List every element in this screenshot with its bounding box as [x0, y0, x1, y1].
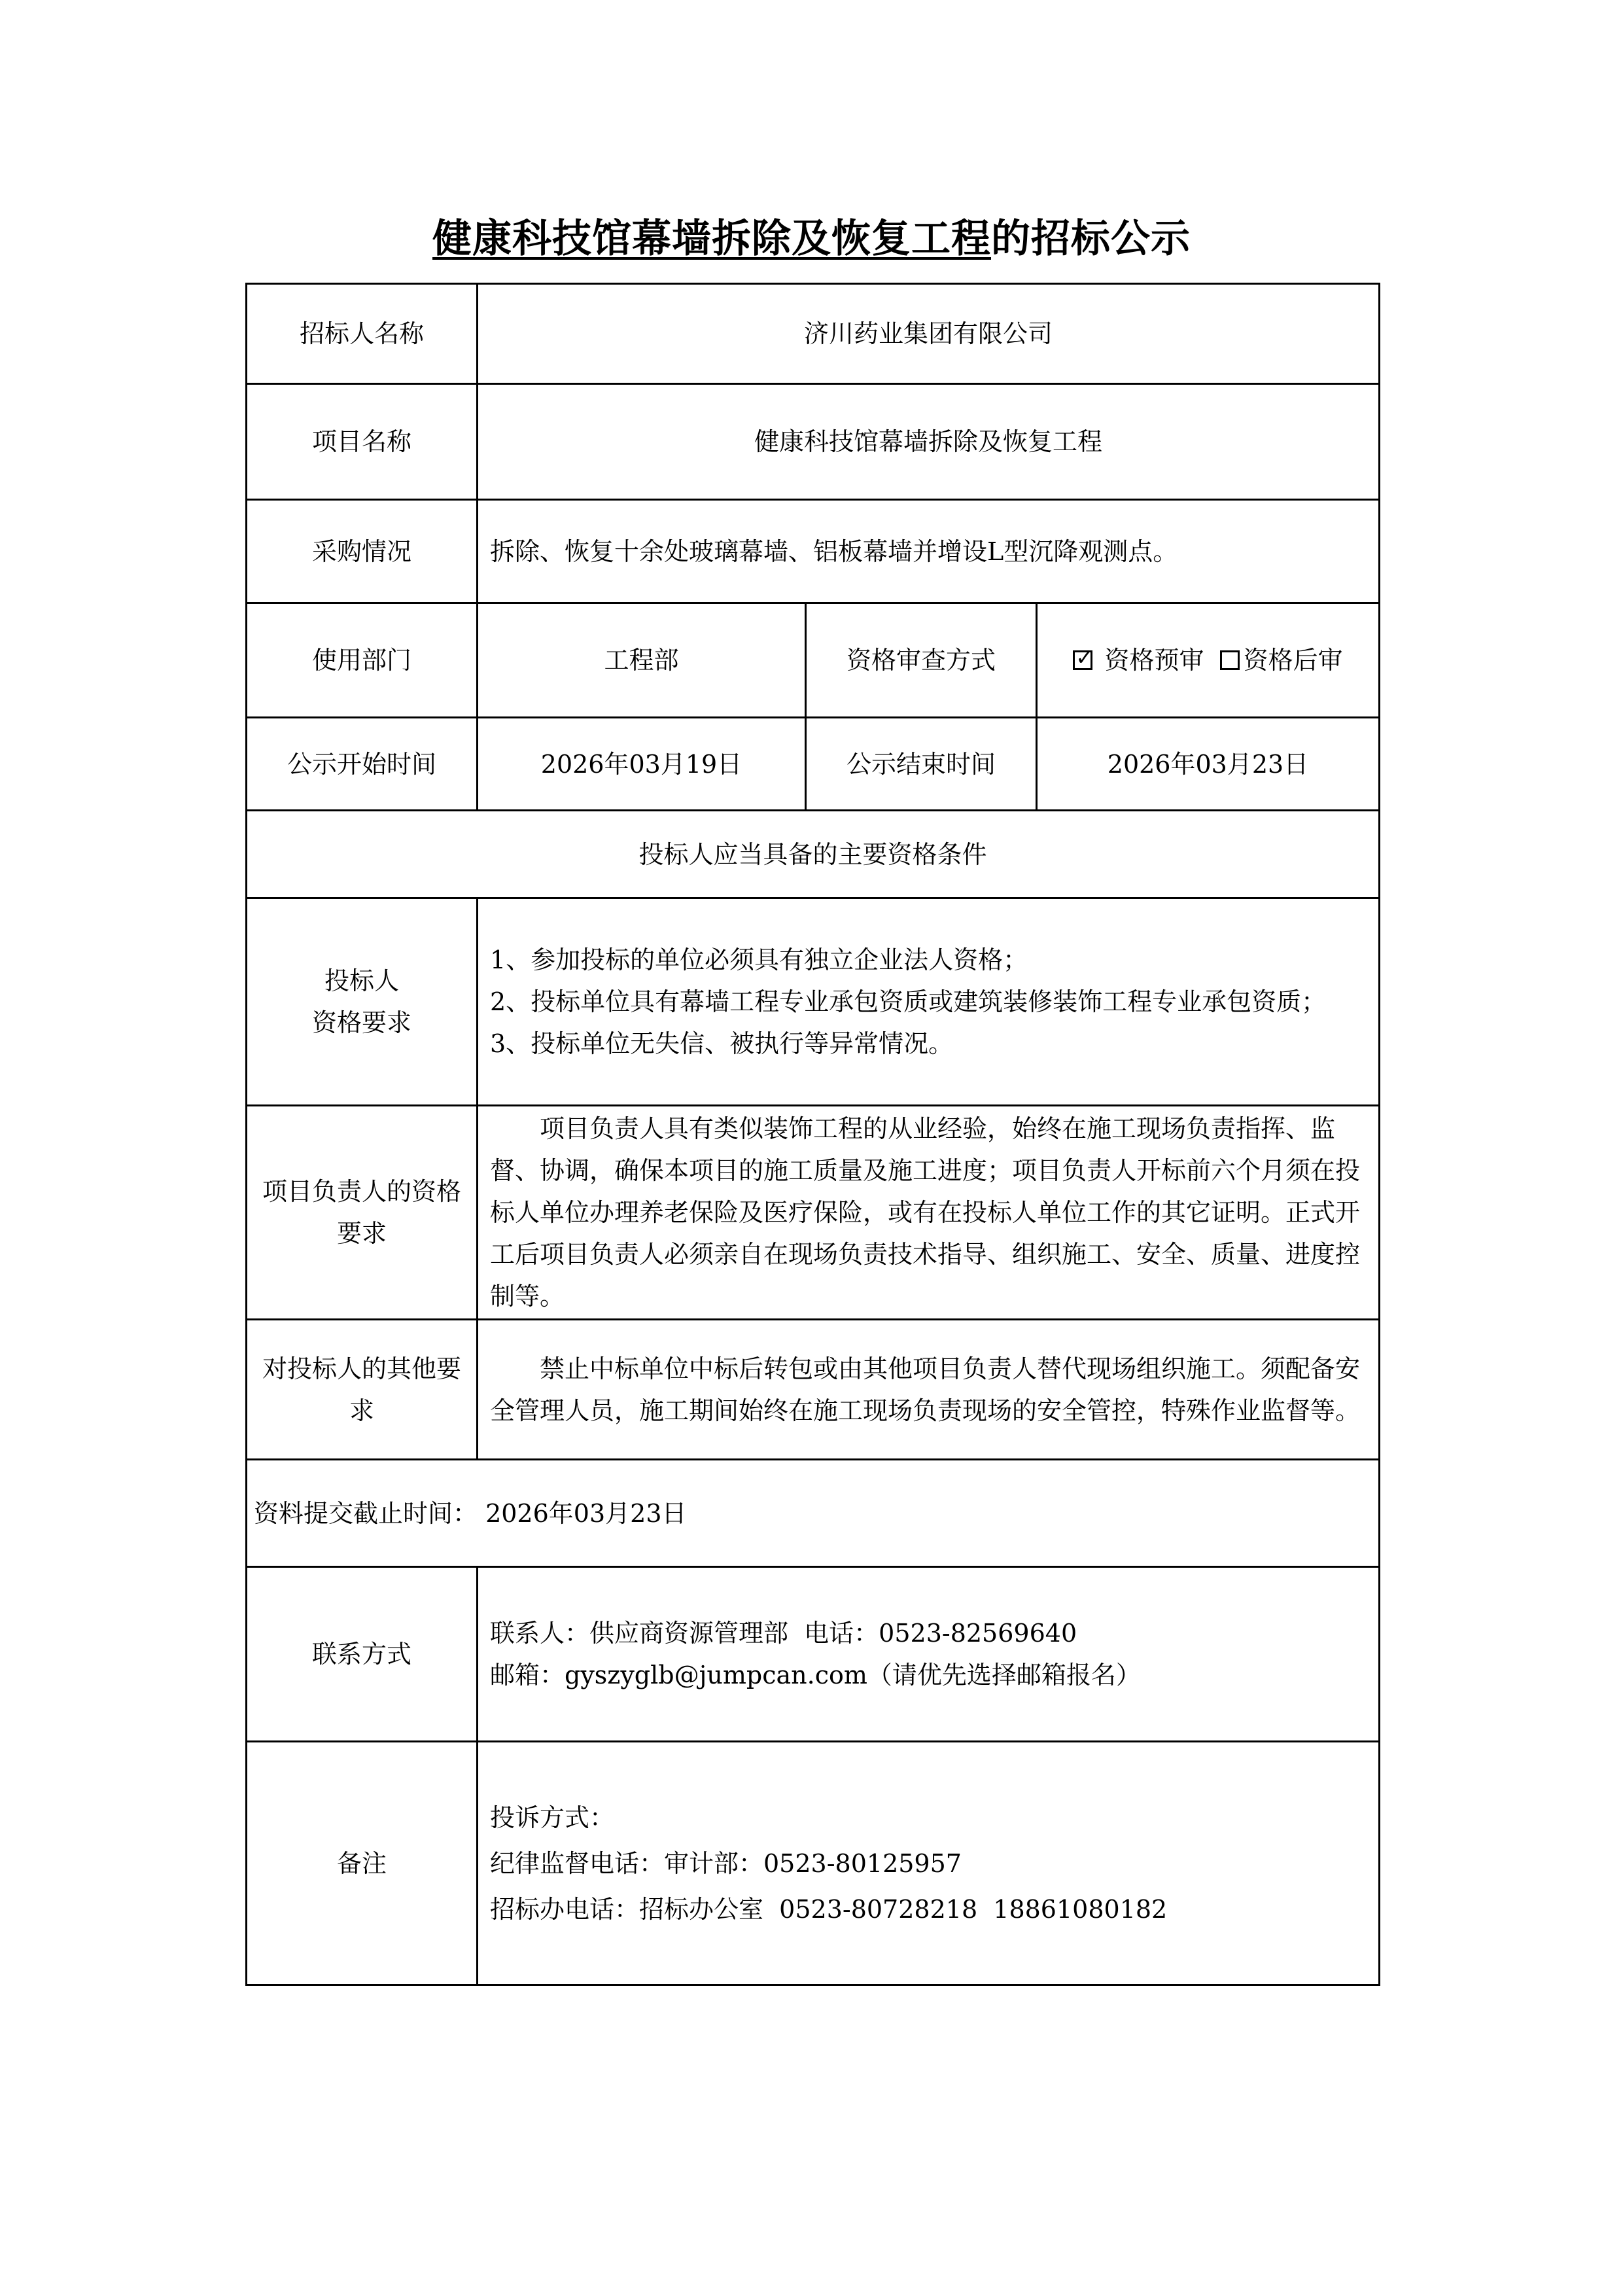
- row-department: 使用部门 工程部 资格审查方式 资格预审 资格后审: [247, 603, 1380, 718]
- contact-label: 联系方式: [247, 1567, 478, 1742]
- checkbox-checked-icon[interactable]: [1073, 650, 1092, 670]
- row-deadline: 资料提交截止时间： 2026年03月23日: [247, 1460, 1380, 1567]
- submission-deadline: 资料提交截止时间： 2026年03月23日: [247, 1460, 1380, 1567]
- row-dates: 公示开始时间 2026年03月19日 公示结束时间 2026年03月23日: [247, 718, 1380, 811]
- bidder-req-label-line-2: 资格要求: [259, 1002, 464, 1044]
- bidder-req-item: 3、投标单位无失信、被执行等异常情况。: [490, 1023, 1367, 1065]
- remarks-line: 纪律监督电话：审计部：0523-80125957: [490, 1841, 1367, 1886]
- end-label: 公示结束时间: [806, 718, 1037, 811]
- row-qualification-header: 投标人应当具备的主要资格条件: [247, 811, 1380, 898]
- department-value: 工程部: [478, 603, 806, 718]
- row-project: 项目名称 健康科技馆幕墙拆除及恢复工程: [247, 384, 1380, 500]
- title-suffix: 的招标公示: [991, 216, 1191, 262]
- end-value: 2026年03月23日: [1037, 718, 1380, 811]
- bidder-req-value: 1、参加投标的单位必须具有独立企业法人资格； 2、投标单位具有幕墙工程专业承包资…: [478, 898, 1380, 1106]
- row-bidder-requirements: 投标人 资格要求 1、参加投标的单位必须具有独立企业法人资格； 2、投标单位具有…: [247, 898, 1380, 1106]
- option-postqualification: 资格后审: [1244, 646, 1343, 675]
- contact-email[interactable]: 邮箱：gyszyglb@jumpcan.com（请优先选择邮箱报名）: [490, 1654, 1367, 1696]
- tenderer-value: 济川药业集团有限公司: [478, 284, 1380, 384]
- qualification-header: 投标人应当具备的主要资格条件: [247, 811, 1380, 898]
- remarks-line: 投诉方式：: [490, 1795, 1367, 1841]
- project-label: 项目名称: [247, 384, 478, 500]
- bidder-req-label-line-1: 投标人: [259, 960, 464, 1002]
- bidder-req-label: 投标人 资格要求: [247, 898, 478, 1106]
- remarks-line: 招标办电话：招标办公室 0523-80728218 18861080182: [490, 1886, 1367, 1932]
- row-tenderer: 招标人名称 济川药业集团有限公司: [247, 284, 1380, 384]
- row-remarks: 备注 投诉方式： 纪律监督电话：审计部：0523-80125957 招标办电话：…: [247, 1742, 1380, 1985]
- row-other-requirements: 对投标人的其他要求 禁止中标单位中标后转包或由其他项目负责人替代现场组织施工。须…: [247, 1320, 1380, 1460]
- review-method-label: 资格审查方式: [806, 603, 1037, 718]
- review-method-options: 资格预审 资格后审: [1037, 603, 1380, 718]
- contact-person-phone: 联系人：供应商资源管理部 电话：0523-82569640: [490, 1612, 1367, 1654]
- tender-notice-table: 招标人名称 济川药业集团有限公司 项目名称 健康科技馆幕墙拆除及恢复工程 采购情…: [245, 283, 1380, 1986]
- row-procurement: 采购情况 拆除、恢复十余处玻璃幕墙、铝板幕墙并增设L型沉降观测点。: [247, 500, 1380, 603]
- contact-value: 联系人：供应商资源管理部 电话：0523-82569640 邮箱：gyszygl…: [478, 1567, 1380, 1742]
- start-label: 公示开始时间: [247, 718, 478, 811]
- row-manager-requirements: 项目负责人的资格要求 项目负责人具有类似装饰工程的从业经验，始终在施工现场负责指…: [247, 1106, 1380, 1320]
- title-project-name: 健康科技馆幕墙拆除及恢复工程: [432, 216, 991, 262]
- project-value: 健康科技馆幕墙拆除及恢复工程: [478, 384, 1380, 500]
- remarks-label: 备注: [247, 1742, 478, 1985]
- checkbox-empty-icon[interactable]: [1220, 650, 1240, 670]
- document-title: 健康科技馆幕墙拆除及恢复工程的招标公示: [0, 213, 1623, 265]
- manager-req-value: 项目负责人具有类似装饰工程的从业经验，始终在施工现场负责指挥、监督、协调，确保本…: [478, 1106, 1380, 1320]
- bidder-req-item: 2、投标单位具有幕墙工程专业承包资质或建筑装修装饰工程专业承包资质；: [490, 981, 1367, 1023]
- bidder-req-item: 1、参加投标的单位必须具有独立企业法人资格；: [490, 939, 1367, 981]
- manager-req-label: 项目负责人的资格要求: [247, 1106, 478, 1320]
- start-value: 2026年03月19日: [478, 718, 806, 811]
- tenderer-label: 招标人名称: [247, 284, 478, 384]
- department-label: 使用部门: [247, 603, 478, 718]
- other-req-label: 对投标人的其他要求: [247, 1320, 478, 1460]
- procurement-label: 采购情况: [247, 500, 478, 603]
- other-req-value: 禁止中标单位中标后转包或由其他项目负责人替代现场组织施工。须配备安全管理人员，施…: [478, 1320, 1380, 1460]
- procurement-value: 拆除、恢复十余处玻璃幕墙、铝板幕墙并增设L型沉降观测点。: [478, 500, 1380, 603]
- row-contact: 联系方式 联系人：供应商资源管理部 电话：0523-82569640 邮箱：gy…: [247, 1567, 1380, 1742]
- option-prequalification: 资格预审: [1104, 646, 1204, 675]
- remarks-value: 投诉方式： 纪律监督电话：审计部：0523-80125957 招标办电话：招标办…: [478, 1742, 1380, 1985]
